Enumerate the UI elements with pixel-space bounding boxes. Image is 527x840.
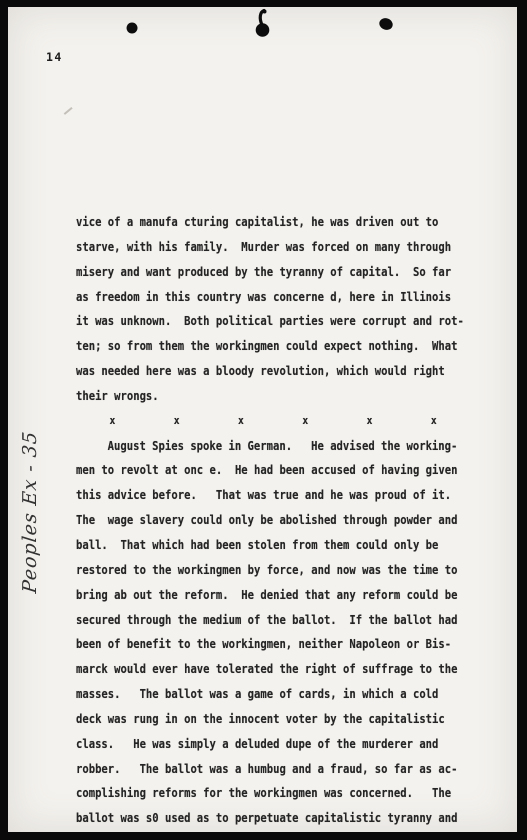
- text-line: this advice before. That was true and he…: [76, 483, 498, 508]
- document-page: 14 Peoples Ex - 35 vice of a manufa ctur…: [8, 7, 517, 832]
- text-line: marck would ever have tolerated the righ…: [76, 657, 498, 682]
- text-line: masses. The ballot was a game of cards, …: [76, 682, 498, 707]
- margin-annotation-handwritten: Peoples Ex - 35: [19, 430, 41, 594]
- text-line: ball. That which had been stolen from th…: [76, 533, 498, 558]
- text-line: been of benefit to the workingmen, neith…: [76, 632, 498, 657]
- page-number: 14: [46, 50, 63, 64]
- text-line: ten; so from them the workingmen could e…: [76, 334, 498, 359]
- text-line: starve, with his family. Murder was forc…: [76, 235, 498, 260]
- text-line: was needed here was a bloody revolution,…: [76, 359, 498, 384]
- separator-mark: x: [238, 409, 244, 434]
- text-line: The wage slavery could only be abolished…: [76, 508, 498, 533]
- body-text: vice of a manufa cturing capitalist, he …: [76, 210, 498, 831]
- paragraph-1: vice of a manufa cturing capitalist, he …: [76, 210, 498, 409]
- pencil-mark: [64, 107, 73, 115]
- text-line: complishing reforms for the workingmen w…: [76, 781, 498, 806]
- text-line: August Spies spoke in German. He advised…: [76, 434, 498, 459]
- text-line: men to revolt at onc e. He had been accu…: [76, 458, 498, 483]
- text-line: it was unknown. Both political parties w…: [76, 309, 498, 334]
- text-line: robber. The ballot was a humbug and a fr…: [76, 757, 498, 782]
- text-line: their wrongs.: [76, 384, 498, 409]
- text-line: ballot was s0 used as to perpetuate capi…: [76, 806, 498, 831]
- separator-mark: x: [109, 409, 115, 434]
- section-separator: xxxxxx: [109, 409, 436, 434]
- text-line: bring ab out the reform. He denied that …: [76, 583, 498, 608]
- text-line: secured through the medium of the ballot…: [76, 608, 498, 633]
- ink-blot-drip-center-icon: [256, 10, 270, 37]
- text-line: restored to the workingmen by force, and…: [76, 558, 498, 583]
- separator-mark: x: [302, 409, 308, 434]
- ink-blot-round-right-icon: [378, 16, 395, 31]
- paragraph-2: August Spies spoke in German. He advised…: [76, 434, 498, 832]
- text-line: misery and want produced by the tyranny …: [76, 260, 498, 285]
- text-line: class. He was simply a deluded dupe of t…: [76, 732, 498, 757]
- text-line: vice of a manufa cturing capitalist, he …: [76, 210, 498, 235]
- ink-blots: [8, 7, 517, 57]
- text-line: deck was rung in on the innocent voter b…: [76, 707, 498, 732]
- ink-blot-round-left-icon: [127, 23, 138, 34]
- separator-mark: x: [367, 409, 373, 434]
- separator-mark: x: [431, 409, 437, 434]
- separator-mark: x: [174, 409, 180, 434]
- text-line: as freedom in this country was concerne …: [76, 285, 498, 310]
